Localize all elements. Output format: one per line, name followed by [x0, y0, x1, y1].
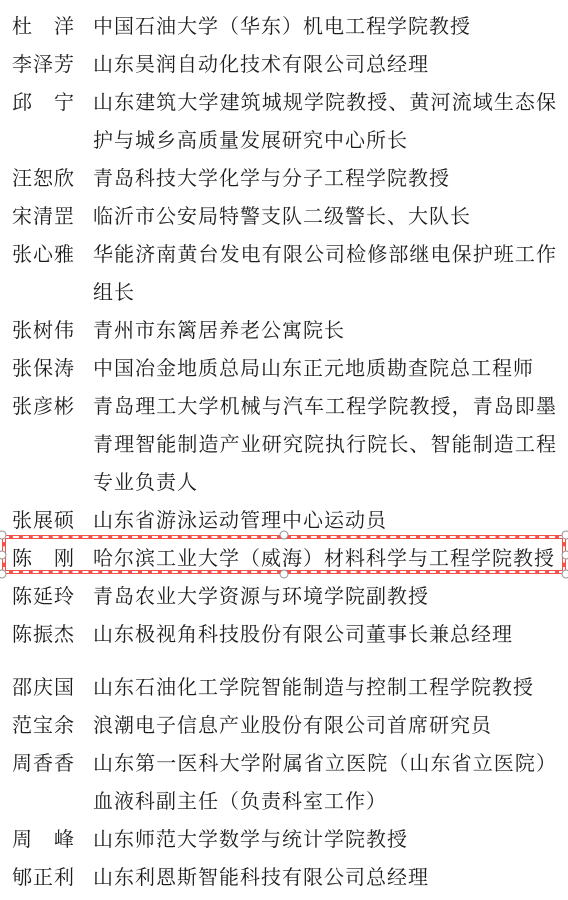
person-title: 山东师范大学数学与统计学院教授	[93, 821, 557, 859]
resize-handle-top-right-icon[interactable]	[562, 531, 568, 540]
person-name: 陈延玲	[12, 578, 78, 616]
list-item: 郇正利 山东利恩斯智能科技有限公司总经理	[12, 859, 557, 897]
list-item: 宋清罡 临沂市公安局特警支队二级警长、大队长	[12, 198, 557, 236]
person-name: 张保涛	[12, 350, 78, 388]
person-title: 山东石油化工学院智能制造与控制工程学院教授	[93, 669, 557, 707]
person-title: 山东建筑大学建筑城规学院教授、黄河流域生态保护与城乡高质量发展研究中心所长	[93, 84, 557, 160]
list-item: 张保涛 中国冶金地质总局山东正元地质勘查院总工程师	[12, 350, 557, 388]
person-title: 中国冶金地质总局山东正元地质勘查院总工程师	[93, 350, 557, 388]
resize-handle-bottom-middle-icon[interactable]	[280, 570, 289, 579]
list-item: 李泽芳 山东昊润自动化技术有限公司总经理	[12, 46, 557, 84]
person-name: 周 峰	[12, 821, 78, 859]
resize-handle-top-middle-icon[interactable]	[280, 531, 289, 540]
list-item: 陈振杰 山东极视角科技股份有限公司董事长兼总经理	[12, 616, 557, 654]
document-page: 杜 洋 中国石油大学（华东）机电工程学院教授 李泽芳 山东昊润自动化技术有限公司…	[0, 0, 568, 900]
person-title: 山东昊润自动化技术有限公司总经理	[93, 46, 557, 84]
person-title: 临沂市公安局特警支队二级警长、大队长	[93, 198, 557, 236]
person-name: 陈振杰	[12, 616, 78, 654]
list-item: 杜 洋 中国石油大学（华东）机电工程学院教授	[12, 8, 557, 46]
resize-handle-middle-left-icon[interactable]	[0, 550, 7, 559]
person-name: 范宝余	[12, 707, 78, 745]
person-name: 张彦彬	[12, 388, 78, 426]
list-item: 邵庆国 山东石油化工学院智能制造与控制工程学院教授	[12, 669, 557, 707]
list-item: 张心雅 华能济南黄台发电有限公司检修部继电保护班工作组长	[12, 236, 557, 312]
person-name: 邱 宁	[12, 84, 78, 122]
person-title: 山东极视角科技股份有限公司董事长兼总经理	[93, 616, 557, 654]
person-name: 李泽芳	[12, 46, 78, 84]
list-item: 邱 宁 山东建筑大学建筑城规学院教授、黄河流域生态保护与城乡高质量发展研究中心所…	[12, 84, 557, 160]
list-item: 周 峰 山东师范大学数学与统计学院教授	[12, 821, 557, 859]
person-title: 中国石油大学（华东）机电工程学院教授	[93, 8, 557, 46]
resize-handle-bottom-right-icon[interactable]	[562, 570, 568, 579]
list-item: 范宝余 浪潮电子信息产业股份有限公司首席研究员	[12, 707, 557, 745]
resize-handle-bottom-left-icon[interactable]	[0, 570, 7, 579]
person-name: 郇正利	[12, 859, 78, 897]
list-item: 陈延玲 青岛农业大学资源与环境学院副教授	[12, 578, 557, 616]
person-title: 青岛农业大学资源与环境学院副教授	[93, 578, 557, 616]
resize-handle-top-left-icon[interactable]	[0, 531, 7, 540]
awardee-list: 杜 洋 中国石油大学（华东）机电工程学院教授 李泽芳 山东昊润自动化技术有限公司…	[12, 8, 557, 897]
person-name: 张心雅	[12, 236, 78, 274]
person-name: 宋清罡	[12, 198, 78, 236]
person-title: 青州市东篱居养老公寓院长	[93, 312, 557, 350]
list-item: 张彦彬 青岛理工大学机械与汽车工程学院教授，青岛即墨青理智能制造产业研究院执行院…	[12, 388, 557, 502]
person-title: 浪潮电子信息产业股份有限公司首席研究员	[93, 707, 557, 745]
list-item: 汪恕欣 青岛科技大学化学与分子工程学院教授	[12, 160, 557, 198]
person-name: 张树伟	[12, 312, 78, 350]
list-item: 陈 刚 哈尔滨工业大学（威海）材料科学与工程学院教授	[12, 540, 557, 578]
person-name: 周香香	[12, 745, 78, 783]
highlight-annotation-box[interactable]	[2, 535, 566, 574]
person-title: 山东利恩斯智能科技有限公司总经理	[93, 859, 557, 897]
person-title: 青岛理工大学机械与汽车工程学院教授，青岛即墨青理智能制造产业研究院执行院长、智能…	[93, 388, 557, 502]
person-name: 邵庆国	[12, 669, 78, 707]
list-item: 张树伟 青州市东篱居养老公寓院长	[12, 312, 557, 350]
person-name: 汪恕欣	[12, 160, 78, 198]
person-title: 山东第一医科大学附属省立医院（山东省立医院）血液科副主任（负责科室工作）	[93, 745, 557, 821]
person-title: 华能济南黄台发电有限公司检修部继电保护班工作组长	[93, 236, 557, 312]
person-name: 杜 洋	[12, 8, 78, 46]
resize-handle-middle-right-icon[interactable]	[562, 550, 568, 559]
person-title: 青岛科技大学化学与分子工程学院教授	[93, 160, 557, 198]
list-item: 周香香 山东第一医科大学附属省立医院（山东省立医院）血液科副主任（负责科室工作）	[12, 745, 557, 821]
